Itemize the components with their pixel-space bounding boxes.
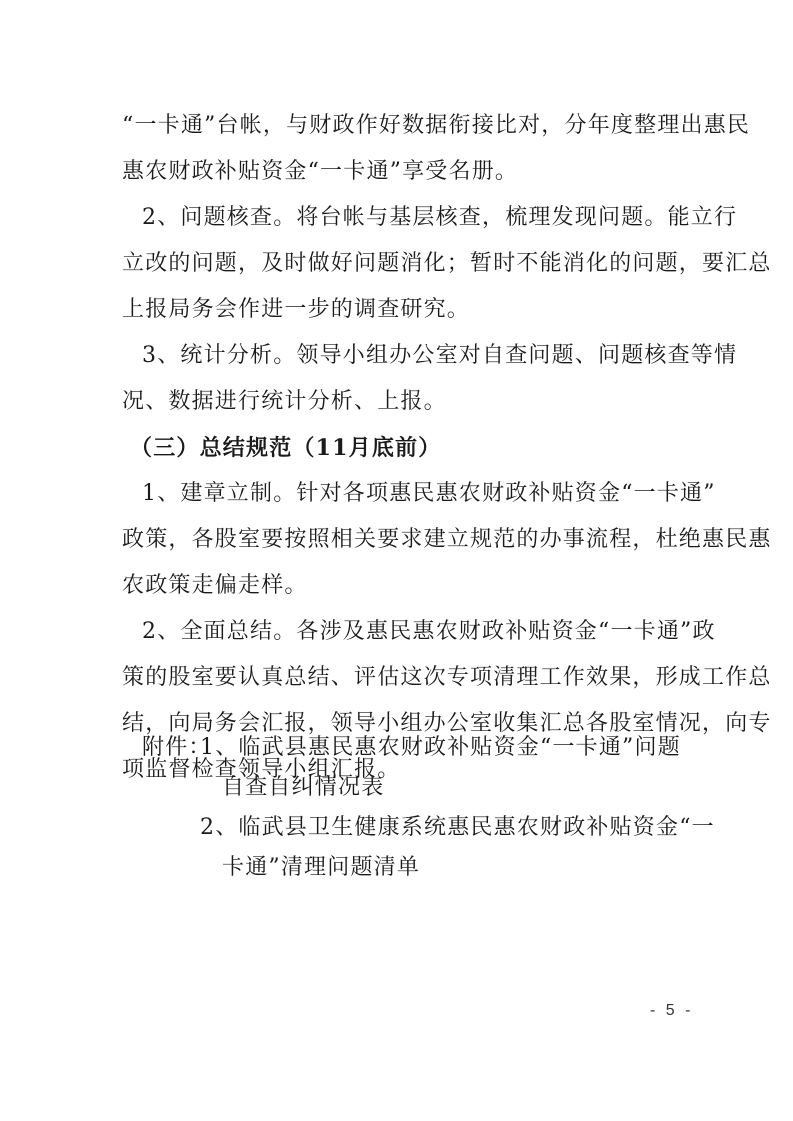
body-line: 惠农财政补贴资金“一卡通”享受名册。 — [122, 158, 518, 186]
section-heading: （三）总结规范（11月底前） — [130, 434, 441, 462]
body-line: 政策，各股室要按照相关要求建立规范的办事流程，杜绝惠民惠 — [122, 526, 772, 554]
body-line: 1、建章立制。针对各项惠民惠农财政补贴资金“一卡通” — [142, 480, 716, 508]
body-line: 上报局务会作进一步的调查研究。 — [122, 296, 470, 324]
body-line: 农政策走偏走样。 — [122, 572, 308, 600]
body-line: 况、数据进行统计分析、上报。 — [122, 388, 447, 416]
attachment-item-2-cont: 卡通”清理问题清单 — [222, 854, 420, 882]
body-line: “一卡通”台帐，与财政作好数据衔接比对，分年度整理出惠民 — [122, 112, 750, 140]
body-line: 2、全面总结。各涉及惠民惠农财政补贴资金“一卡通”政 — [142, 618, 716, 646]
body-line: 立改的问题，及时做好问题消化；暂时不能消化的问题，要汇总 — [122, 250, 772, 278]
attachment-item-2: 2、临武县卫生健康系统惠民惠农财政补贴资金“一 — [200, 814, 715, 842]
attachment-item-1: 1、临武县惠民惠农财政补贴资金“一卡通”问题 — [200, 734, 681, 762]
attachment-item-1-cont: 自查自纠情况表 — [222, 774, 384, 802]
page-number: - 5 - — [650, 1002, 693, 1020]
body-line: 策的股室要认真总结、评估这次专项清理工作效果，形成工作总 — [122, 664, 772, 692]
body-line: 3、统计分析。领导小组办公室对自查问题、问题核查等情 — [142, 342, 737, 370]
body-line: 2、问题核查。将台帐与基层核查，梳理发现问题。能立行 — [142, 204, 737, 232]
document-page: “一卡通”台帐，与财政作好数据衔接比对，分年度整理出惠民 惠农财政补贴资金“一卡… — [0, 0, 793, 1121]
